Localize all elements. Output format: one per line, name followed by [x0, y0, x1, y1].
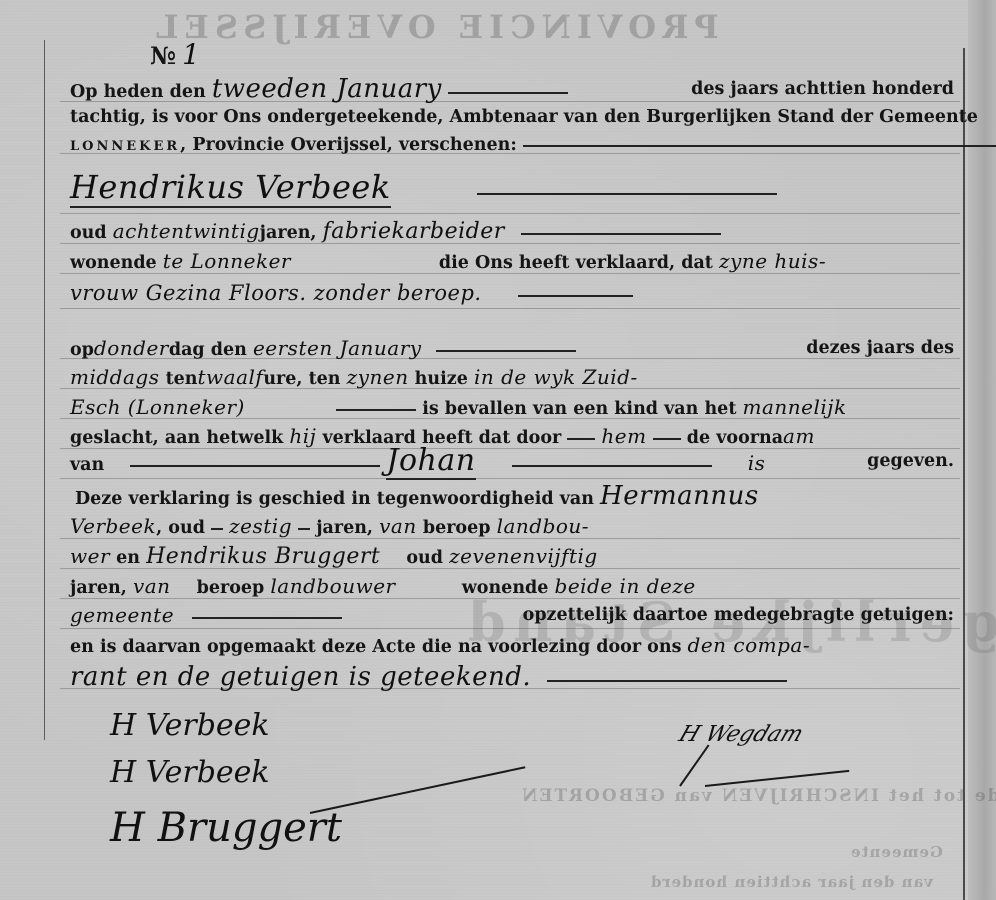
line-witness2: wer en Hendrikus Bruggert oud zevenenvij…: [70, 541, 960, 571]
hw-witness1-first: Hermannus: [600, 481, 759, 511]
line-official: tachtig, is voor Ons ondergeteekende, Am…: [70, 102, 960, 132]
line-mother: vrouw Gezina Floors. zonder beroep.: [70, 278, 960, 308]
fill-line: [518, 294, 633, 297]
official-underline: [705, 770, 849, 787]
hw-child-name: Johan: [386, 443, 475, 480]
fill-line: [512, 464, 712, 467]
fill-line: [130, 464, 380, 467]
line-age-occupation: oud achtentwintigjaren, fabriekarbeider: [70, 216, 960, 246]
fill-line: [436, 349, 576, 352]
signature-official: H Wegdam: [675, 722, 806, 747]
hw-declarant-residence: te Lonneker: [163, 246, 393, 276]
hw-declarant-name: Hendrikus Verbeek: [70, 168, 391, 208]
record-number: №1: [150, 38, 200, 71]
signature-declarant: H Verbeek: [110, 708, 270, 743]
hw-witness2-occupation: landbouwer: [270, 574, 395, 598]
fill-line: [336, 408, 416, 411]
fill-line: [521, 232, 721, 235]
line-birth-time-place: middags tentwaalfure, ten zynen huize in…: [70, 362, 960, 392]
right-margin-rule: [963, 48, 965, 900]
fill-line: [523, 144, 996, 147]
municipality-name: LONNEKER: [70, 139, 180, 154]
hw-sex: mannelijk: [743, 395, 847, 419]
number-label: №: [150, 41, 176, 70]
line-witness1: Verbeek, oud zestig jaren, van beroep la…: [70, 511, 960, 541]
signature-flourish: [310, 766, 526, 814]
hw-house: zynen: [347, 365, 409, 389]
line-declarant: Hendrikus Verbeek: [70, 172, 960, 212]
hw-witness2-name: Hendrikus Bruggert: [146, 544, 380, 569]
line-child-name: van Johan is gegeven.: [70, 446, 960, 482]
line-witnesses-intro: Deze verklaring is geschied in tegenwoor…: [75, 481, 965, 511]
hw-wife-a: zyne huis-: [719, 249, 826, 273]
hw-district: in de wyk Zuid-: [474, 365, 638, 389]
fill-line: [211, 527, 223, 530]
line-date: Op heden den tweeden January des jaars a…: [70, 74, 960, 104]
hw-witness1-occupation: landbou-: [497, 514, 590, 538]
hw-registration-date: tweeden January: [212, 74, 442, 104]
left-margin-rule: [44, 40, 45, 740]
bleedthrough-gemeente: Gemeente: [850, 843, 943, 861]
fill-line: [298, 527, 310, 530]
fill-line: [547, 679, 787, 682]
line-residence: wonende te Lonneker die Ons heeft verkla…: [70, 246, 960, 276]
ruled-line: [60, 213, 960, 214]
fill-line: [477, 192, 777, 195]
hw-who-declared: hij: [289, 424, 316, 448]
hw-birth-date: eersten January: [253, 336, 422, 360]
fill-line: [448, 91, 568, 94]
hw-daypart: middags: [70, 365, 159, 389]
bleedthrough-header: PROVINCIE OVERIJSSEL: [150, 8, 719, 46]
hw-declarant-occupation: fabriekarbeider: [323, 219, 505, 244]
hw-by-whom: hem: [601, 424, 646, 448]
hw-witness1-last: Verbeek: [70, 514, 156, 538]
ruled-line: [60, 308, 960, 309]
page-edge: [968, 0, 996, 900]
signature-witness-2: H Bruggert: [110, 805, 342, 851]
line-closing: en is daarvan opgemaakt deze Acte die na…: [70, 630, 960, 660]
bleedthrough-footer-3: van den jaar achttien honderd: [650, 873, 933, 891]
bleedthrough-footer: Dit register, dienende tot het INSCHRIJV…: [520, 786, 996, 806]
official-stroke: [679, 744, 709, 786]
fill-line: [192, 616, 342, 619]
hw-witness-residence: beide in deze: [555, 574, 696, 598]
number-value: 1: [182, 38, 200, 71]
hw-hour: twaalf: [198, 365, 264, 389]
hw-declarant-age: achtentwintig: [113, 219, 260, 243]
hw-weekday: donder: [94, 336, 169, 360]
signature-witness-1: H Verbeek: [110, 755, 270, 790]
hw-district-cont: Esch (Lonneker): [70, 392, 330, 422]
fill-line: [653, 437, 681, 440]
line-sex: Esch (Lonneker) is bevallen van een kind…: [70, 392, 960, 422]
hw-signed: rant en de getuigen is geteekend.: [70, 662, 531, 692]
hw-witness1-age: zestig: [229, 514, 292, 538]
document-scan: PROVINCIE OVERIJSSEL Burgerlijke Stand D…: [0, 0, 996, 900]
hw-gemeente: gemeente: [70, 603, 174, 627]
fill-line: [567, 437, 595, 440]
hw-witness2-age: zevenenvijftig: [449, 544, 598, 568]
line-birth-date: opdonderdag den eersten January dezes ja…: [70, 333, 960, 363]
hw-mother: vrouw Gezina Floors. zonder beroep.: [70, 281, 482, 305]
line-municipality: LONNEKER, Provincie Overijssel, verschen…: [70, 130, 960, 160]
line-signed: rant en de getuigen is geteekend.: [70, 662, 960, 692]
line-witnesses-end: gemeente opzettelijk daartoe medegebragt…: [70, 600, 960, 630]
line-witness2-occupation: jaren, van beroep landbouwer wonende bei…: [70, 571, 960, 601]
